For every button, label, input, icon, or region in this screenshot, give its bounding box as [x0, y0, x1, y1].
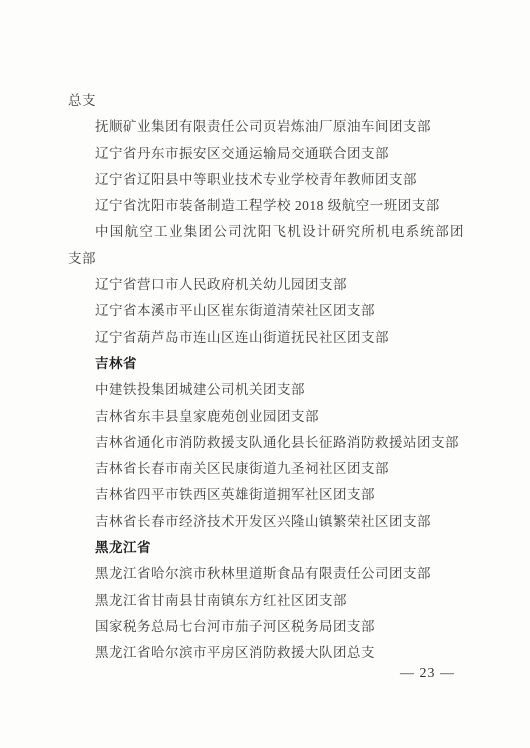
- list-entry: 吉林省长春市经济技术开发区兴隆山镇繁荣社区团支部: [68, 509, 464, 535]
- list-entry: 吉林省长春市南关区民康街道九圣祠社区团支部: [68, 456, 464, 482]
- page-footer: — 23 —: [400, 664, 455, 684]
- paragraph-continuation: 总支: [68, 88, 464, 114]
- list-entry: 吉林省东丰县皇家鹿苑创业园团支部: [68, 404, 464, 430]
- list-entry: 黑龙江省甘南县甘南镇东方红社区团支部: [68, 588, 464, 614]
- entry-line-first: 中国航空工业集团公司沈阳飞机设计研究所机电系统部团: [68, 219, 464, 245]
- list-entry: 吉林省通化市消防救援支队通化县长征路消防救援站团支部: [68, 430, 464, 456]
- list-entry: 抚顺矿业集团有限责任公司页岩炼油厂原油车间团支部: [68, 114, 464, 140]
- document-body: 总支抚顺矿业集团有限责任公司页岩炼油厂原油车间团支部辽宁省丹东市振安区交通运输局…: [68, 88, 464, 667]
- list-entry: 辽宁省葫芦岛市连山区连山街道抚民社区团支部: [68, 325, 464, 351]
- list-entry: 中建铁投集团城建公司机关团支部: [68, 377, 464, 403]
- list-entry: 辽宁省丹东市振安区交通运输局交通联合团支部: [68, 141, 464, 167]
- entry-line-rest: 支部: [68, 246, 464, 272]
- list-entry: 中国航空工业集团公司沈阳飞机设计研究所机电系统部团支部: [68, 219, 464, 272]
- list-entry: 辽宁省本溪市平山区崔东街道清荣社区团支部: [68, 298, 464, 324]
- list-entry: 黑龙江省哈尔滨市秋林里道斯食品有限责任公司团支部: [68, 561, 464, 587]
- list-entry: 黑龙江省哈尔滨市平房区消防救援大队团总支: [68, 640, 464, 666]
- list-entry: 吉林省四平市铁西区英雄街道拥军社区团支部: [68, 482, 464, 508]
- list-entry: 辽宁省辽阳县中等职业技术专业学校青年教师团支部: [68, 167, 464, 193]
- list-entry: 辽宁省沈阳市装备制造工程学校 2018 级航空一班团支部: [68, 193, 464, 219]
- document-page: 总支抚顺矿业集团有限责任公司页岩炼油厂原油车间团支部辽宁省丹东市振安区交通运输局…: [0, 0, 530, 748]
- section-heading: 吉林省: [68, 351, 464, 377]
- list-entry: 辽宁省营口市人民政府机关幼儿园团支部: [68, 272, 464, 298]
- section-heading: 黑龙江省: [68, 535, 464, 561]
- list-entry: 国家税务总局七台河市茄子河区税务局团支部: [68, 614, 464, 640]
- page-number: — 23 —: [400, 666, 455, 681]
